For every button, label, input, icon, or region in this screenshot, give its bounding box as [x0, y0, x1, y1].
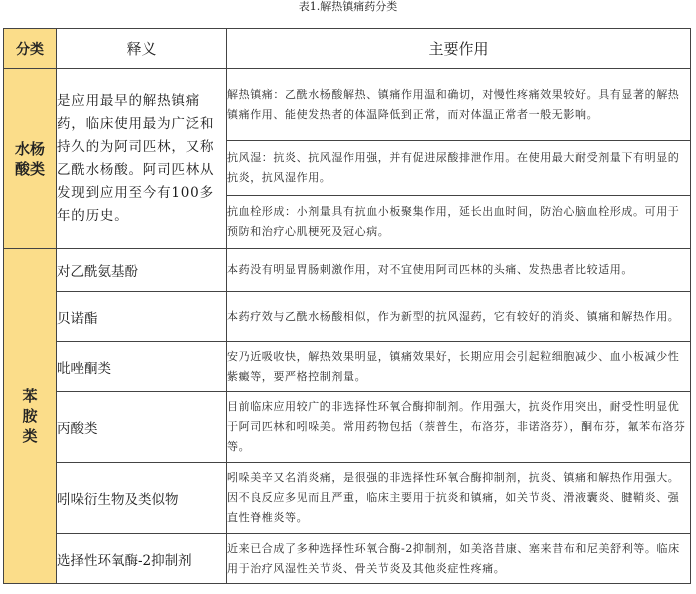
category-anilines: 苯胺类 [4, 249, 57, 584]
table-row: 丙酸类 目前临床应用较广的非选择性环氧合酶抑制剂。作用强大，抗炎作用突出，耐受性… [4, 392, 691, 463]
definition-cell: 是应用最早的解热镇痛药，临床使用最为广泛和持久的为阿司匹林，又称乙酰水杨酸。阿司… [57, 69, 227, 249]
table-row: 水杨酸类 是应用最早的解热镇痛药，临床使用最为广泛和持久的为阿司匹林，又称乙酰水… [4, 69, 691, 141]
effect-cell: 近来已合成了多种选择性环氧合酶-2抑制剂，如美洛昔康、塞来昔布和尼美舒利等。临床… [227, 534, 691, 584]
effect-cell: 本药没有明显胃肠刺激作用，对不宜使用阿司匹林的头痛、发热患者比较适用。 [227, 249, 691, 292]
category-label: 苯胺类 [22, 386, 38, 446]
table-row: 贝诺酯 本药疗效与乙酰水杨酸相似，作为新型的抗风湿药，它有较好的消炎、镇痛和解热… [4, 292, 691, 342]
header-effect: 主要作用 [227, 29, 691, 69]
category-label: 水杨酸类 [13, 139, 47, 179]
effect-cell: 抗血栓形成：小剂量具有抗血小板聚集作用，延长出血时间，防治心脑血栓形成。可用于预… [227, 196, 691, 249]
drug-name-cell: 吲哚衍生物及类似物 [57, 463, 227, 534]
effect-cell: 吲哚美辛又名消炎痛，是很强的非选择性环氧合酶抑制剂，抗炎、镇痛和解热作用强大。因… [227, 463, 691, 534]
table-row: 吡唑酮类 安乃近吸收快，解热效果明显，镇痛效果好，长期应用会引起粒细胞减少、血小… [4, 342, 691, 392]
effect-cell: 本药疗效与乙酰水杨酸相似，作为新型的抗风湿药，它有较好的消炎、镇痛和解热作用。 [227, 292, 691, 342]
drug-name-cell: 吡唑酮类 [57, 342, 227, 392]
table-caption: 表1.解热镇痛药分类 [0, 0, 696, 14]
drug-name-cell: 贝诺酯 [57, 292, 227, 342]
table-row: 苯胺类 对乙酰氨基酚 本药没有明显胃肠刺激作用，对不宜使用阿司匹林的头痛、发热患… [4, 249, 691, 292]
nsaid-classification-table: 分类 释义 主要作用 水杨酸类 是应用最早的解热镇痛药，临床使用最为广泛和持久的… [3, 28, 691, 584]
effect-cell: 目前临床应用较广的非选择性环氧合酶抑制剂。作用强大，抗炎作用突出，耐受性明显优于… [227, 392, 691, 463]
effect-cell: 解热镇痛：乙酰水杨酸解热、镇痛作用温和确切，对慢性疼痛效果较好。具有显著的解热镇… [227, 69, 691, 141]
header-category: 分类 [4, 29, 57, 69]
category-salicylates: 水杨酸类 [4, 69, 57, 249]
table-row: 吲哚衍生物及类似物 吲哚美辛又名消炎痛，是很强的非选择性环氧合酶抑制剂，抗炎、镇… [4, 463, 691, 534]
effect-cell: 安乃近吸收快，解热效果明显，镇痛效果好，长期应用会引起粒细胞减少、血小板减少性紫… [227, 342, 691, 392]
table-row: 选择性环氧酶-2抑制剂 近来已合成了多种选择性环氧合酶-2抑制剂，如美洛昔康、塞… [4, 534, 691, 584]
header-definition: 释义 [57, 29, 227, 69]
drug-name-cell: 丙酸类 [57, 392, 227, 463]
drug-name-cell: 对乙酰氨基酚 [57, 249, 227, 292]
drug-name-cell: 选择性环氧酶-2抑制剂 [57, 534, 227, 584]
effect-cell: 抗风湿：抗炎、抗风湿作用强，并有促进尿酸排泄作用。在使用最大耐受剂量下有明显的抗… [227, 141, 691, 196]
header-row: 分类 释义 主要作用 [4, 29, 691, 69]
